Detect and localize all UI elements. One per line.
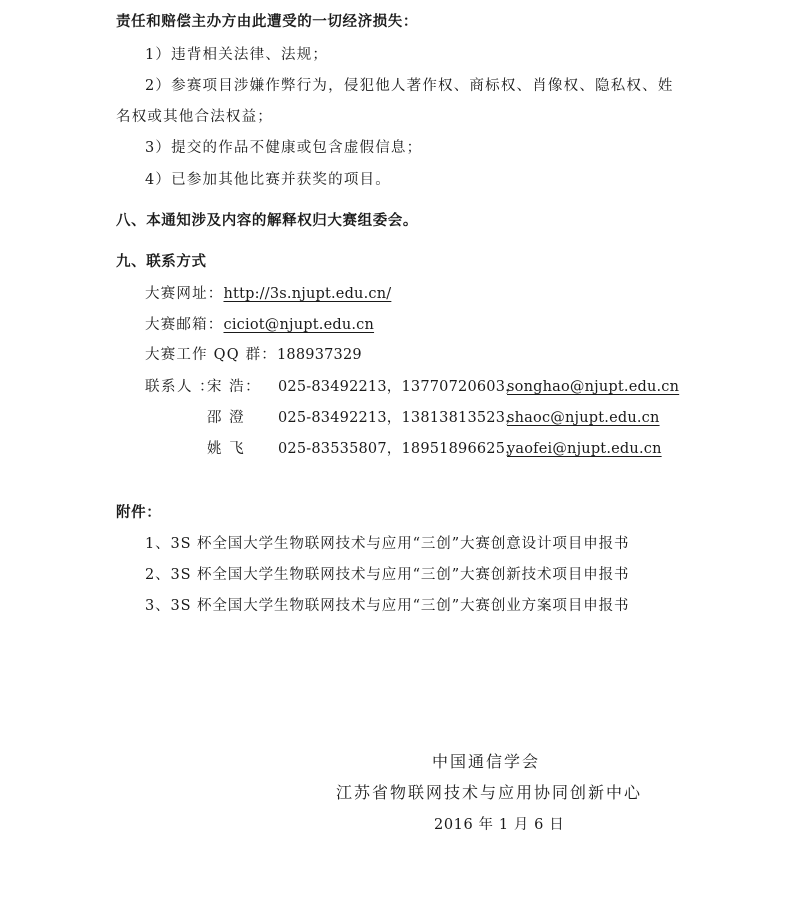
email-row: 大赛邮箱：ciciot@njupt.edu.cn <box>145 315 374 335</box>
contacts-label: 联系人 ： <box>145 377 215 397</box>
email-label: 大赛邮箱： <box>145 317 224 333</box>
contact-name: 姚 飞 <box>207 439 245 459</box>
liability-item-2-cont: 名权或其他合法权益； <box>116 107 273 127</box>
section-8: 八、本通知涉及内容的解释权归大赛组委会。 <box>116 211 418 231</box>
contact-phones: 025-83492213，13813813523， <box>278 408 520 428</box>
liability-item-4: 4）已参加其他比赛并获奖的项目。 <box>145 170 391 190</box>
contact-name: 邵 澄 <box>207 408 245 428</box>
contact-email[interactable]: yaofei@njupt.edu.cn <box>507 439 662 459</box>
liability-heading: 责任和赔偿主办方由此遭受的一切经济损失： <box>116 12 418 32</box>
liability-item-2: 2）参赛项目涉嫌作弊行为，侵犯他人著作权、商标权、肖像权、隐私权、姓 <box>145 76 674 96</box>
contact-row-2: 邵 澄 025-83492213，13813813523， shaoc@njup… <box>145 408 705 428</box>
contact-email[interactable]: songhao@njupt.edu.cn <box>507 377 679 397</box>
attachment-item-3: 3、3S 杯全国大学生物联网技术与应用“三创”大赛创业方案项目申报书 <box>145 596 629 616</box>
attachment-item-1: 1、3S 杯全国大学生物联网技术与应用“三创”大赛创意设计项目申报书 <box>145 534 629 554</box>
qq-label: 大赛工作 QQ 群： <box>145 347 277 363</box>
contact-row-1: 联系人 ： 宋 浩： 025-83492213，13770720603， son… <box>145 377 705 397</box>
email-link[interactable]: ciciot@njupt.edu.cn <box>224 317 375 333</box>
liability-item-3: 3）提交的作品不健康或包含虚假信息； <box>145 138 422 158</box>
signature-date: 2016 年 1 月 6 日 <box>434 815 564 835</box>
contact-row-3: 姚 飞 025-83535807，18951896625， yaofei@nju… <box>145 439 705 459</box>
signature-org-2: 江苏省物联网技术与应用协同创新中心 <box>336 783 642 803</box>
section-9-title: 九、联系方式 <box>116 252 207 272</box>
attachments-title: 附件： <box>116 503 161 523</box>
website-row: 大赛网址：http://3s.njupt.edu.cn/ <box>145 284 391 304</box>
signature-org-1: 中国通信学会 <box>432 752 540 772</box>
website-label: 大赛网址： <box>145 286 224 302</box>
qq-number: 188937329 <box>277 347 362 363</box>
attachment-item-2: 2、3S 杯全国大学生物联网技术与应用“三创”大赛创新技术项目申报书 <box>145 565 629 585</box>
qq-row: 大赛工作 QQ 群：188937329 <box>145 345 362 365</box>
contact-email[interactable]: shaoc@njupt.edu.cn <box>507 408 660 428</box>
contact-phones: 025-83535807，18951896625， <box>278 439 520 459</box>
website-link[interactable]: http://3s.njupt.edu.cn/ <box>224 286 392 302</box>
liability-item-1: 1）违背相关法律、法规； <box>145 45 328 65</box>
contact-name: 宋 浩： <box>207 377 261 397</box>
contact-phones: 025-83492213，13770720603， <box>278 377 520 397</box>
